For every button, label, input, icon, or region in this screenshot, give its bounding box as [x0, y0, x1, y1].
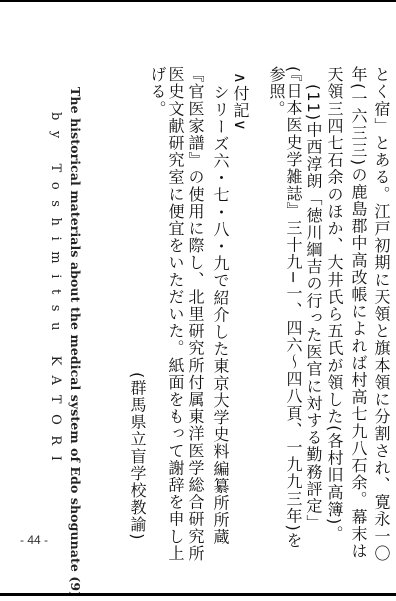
english-title: The historical materials about the medic… [68, 87, 83, 597]
text-column-2: 年(一六三三)の鹿島郡中高改帳によれば村高七九八石余。幕末は [349, 66, 367, 559]
english-author: by Toshimitsu KATORI [48, 112, 63, 472]
appendix-column-4: げる。 [148, 66, 166, 117]
text-column-5: (『日本医史学雑誌』三十九−一、四六〜四八頁、一九九三年)を [284, 66, 302, 549]
text-column-4: (11)中西淳朗「徳川綱吉の行った医官に対する勤務評定」 [304, 84, 322, 532]
top-rule [0, 0, 396, 2]
author-affiliation: (群馬県立盲学校教諭) [128, 372, 146, 541]
text-column-6: 参照。 [267, 66, 285, 117]
appendix-column-3: 医史文献研究室に便宜をいただいた。紙面をもって謝辞を申し上 [166, 66, 184, 562]
bottom-rule [0, 593, 396, 596]
text-column-1: とく宿」とある。江戸初期に天領と旗本領に分割され、寛永一〇 [372, 66, 390, 562]
text-column-3: 天領三四七石余のほか、大井氏ら五氏が領した(各村旧高簿)。 [325, 66, 343, 542]
appendix-column-2: 『官医家譜』の使用に際し、北里研究所付属東洋医学総合研究所 [186, 66, 204, 562]
appendix-heading: ∧付記∨ [231, 72, 249, 132]
page-number: - 44 - [20, 533, 48, 547]
appendix-column-1: シリーズ六・七・八・九で紹介した東京大学史料編纂所所蔵 [211, 84, 229, 546]
